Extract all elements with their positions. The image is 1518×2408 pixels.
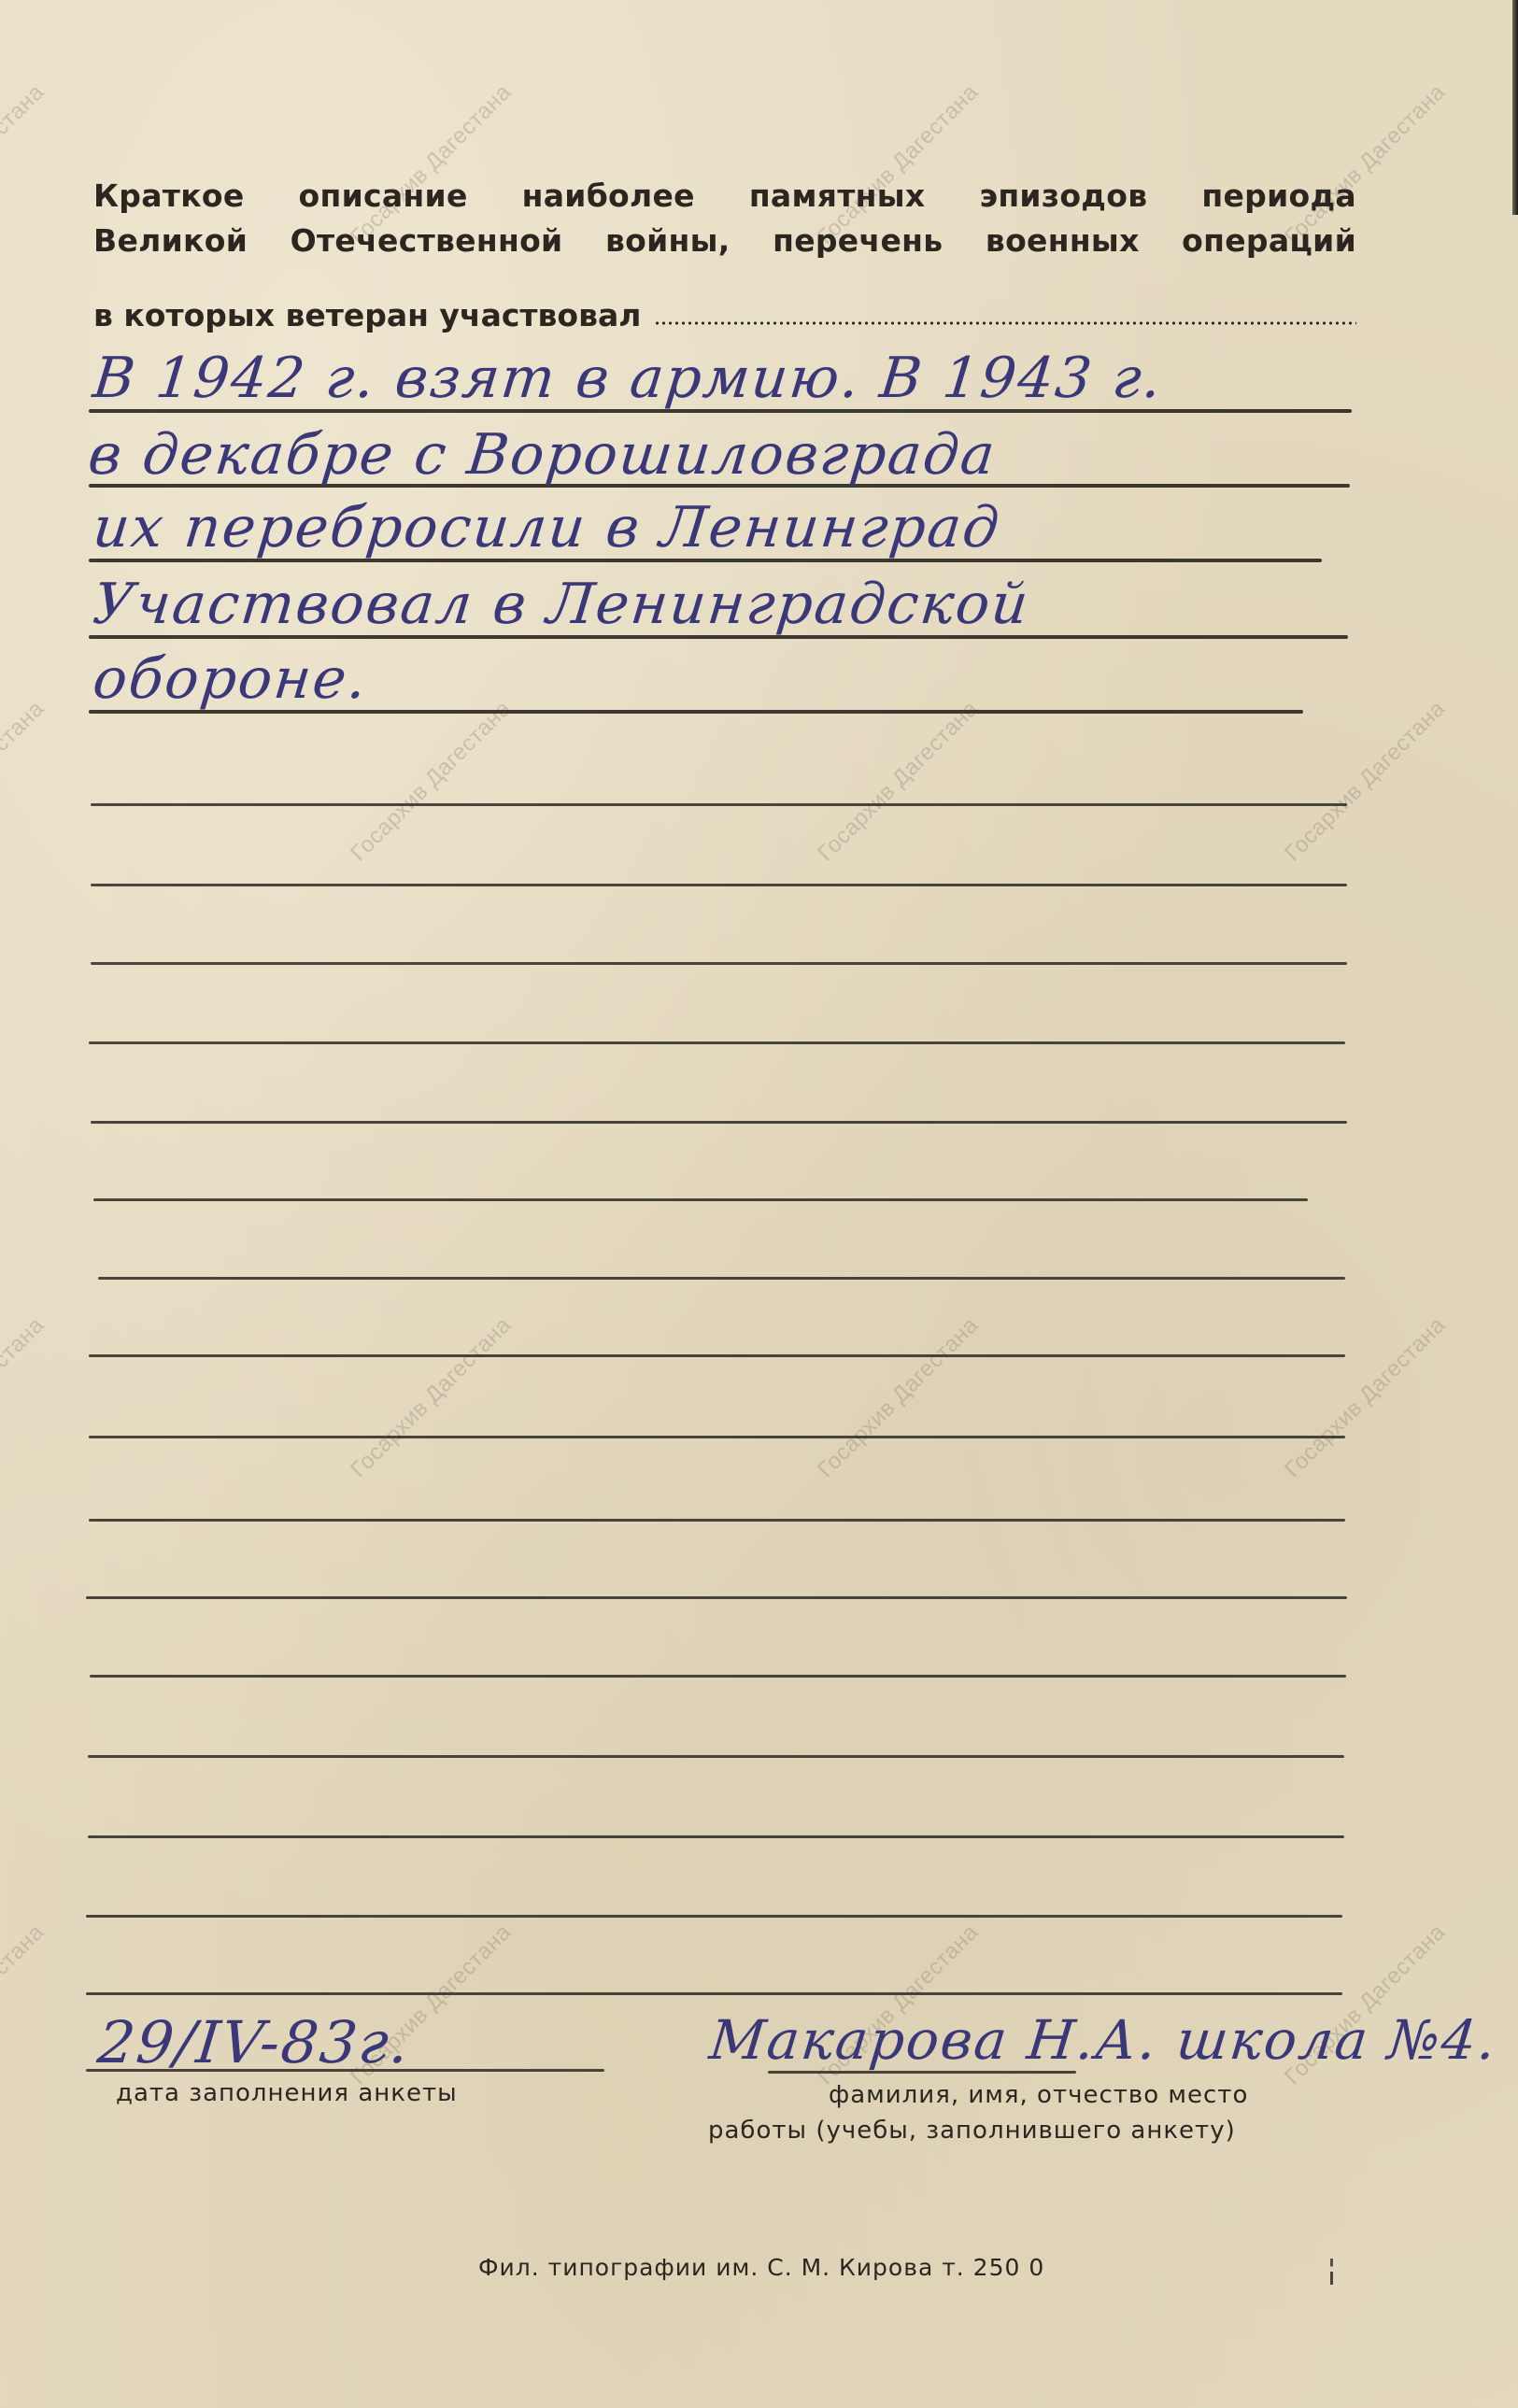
heading-line: Краткое описание наиболее памятных эпизо…	[93, 174, 1356, 219]
ruled-line	[89, 1041, 1345, 1044]
ruled-line	[86, 1596, 1347, 1599]
handwritten-line: обороне.	[90, 646, 371, 712]
date-caption: дата заполнения анкеты	[116, 2079, 458, 2107]
form-question-heading: Краткое описание наиболее памятных эпизо…	[93, 174, 1356, 263]
ruled-line	[93, 1198, 1308, 1201]
ruled-line	[89, 1519, 1345, 1522]
handwritten-line: Участвовал в Ленинградской	[90, 572, 1032, 637]
ruled-line	[91, 1121, 1347, 1124]
ruled-line	[86, 1992, 1342, 1995]
watermark: Госархив Дагестана	[346, 1312, 517, 1483]
name-caption-line1: фамилия, имя, отчество место	[829, 2081, 1248, 2109]
dotted-leader	[654, 320, 1356, 326]
handwritten-line: В 1942 г. взят в армию. В 1943 г.	[90, 346, 1166, 411]
margin-mark	[1330, 2259, 1333, 2285]
watermark: Госархив Дагестана	[813, 1312, 984, 1483]
name-underline	[768, 2071, 1076, 2074]
ruled-line	[86, 1915, 1342, 1918]
ruled-line	[91, 803, 1347, 806]
watermark: Госархив Дагестана	[0, 1919, 50, 2090]
watermark: Госархив Дагестана	[0, 1312, 50, 1483]
ruled-line	[90, 1675, 1346, 1678]
ruled-line	[98, 1277, 1345, 1280]
date-value: 29/IV-83г.	[94, 2008, 414, 2076]
watermark: Госархив Дагестана	[1280, 1312, 1451, 1483]
watermark: Госархив Дагестана	[0, 79, 50, 250]
watermark: Госархив Дагестана	[346, 696, 517, 867]
ruled-line	[91, 884, 1347, 886]
ruled-line	[91, 962, 1347, 965]
ruled-line	[88, 1835, 1344, 1838]
ruled-line	[89, 1354, 1345, 1357]
date-underline	[86, 2069, 604, 2072]
handwritten-line: их перебросили в Ленинград	[90, 495, 1003, 560]
name-caption-line2: работы (учебы, заполнившего анкету)	[708, 2117, 1236, 2145]
heading-line: Великой Отечественной войны, перечень во…	[93, 219, 1356, 263]
form-prompt: в которых ветеран участвовал	[93, 297, 1356, 333]
ruled-line	[88, 1755, 1344, 1758]
watermark: Госархив Дагестана	[0, 696, 50, 867]
watermark: Госархив Дагестана	[1280, 696, 1451, 867]
scan-edge-shadow	[1512, 0, 1518, 215]
name-value: Макарова Н.А. школа №4.	[706, 2008, 1500, 2072]
prompt-label: в которых ветеран участвовал	[93, 297, 641, 333]
ruled-line	[89, 1436, 1345, 1438]
handwritten-line: в декабре с Ворошиловграда	[85, 422, 1000, 488]
printer-imprint: Фил. типографии им. С. М. Кирова т. 250 …	[478, 2254, 1044, 2281]
watermark: Госархив Дагестана	[813, 696, 984, 867]
